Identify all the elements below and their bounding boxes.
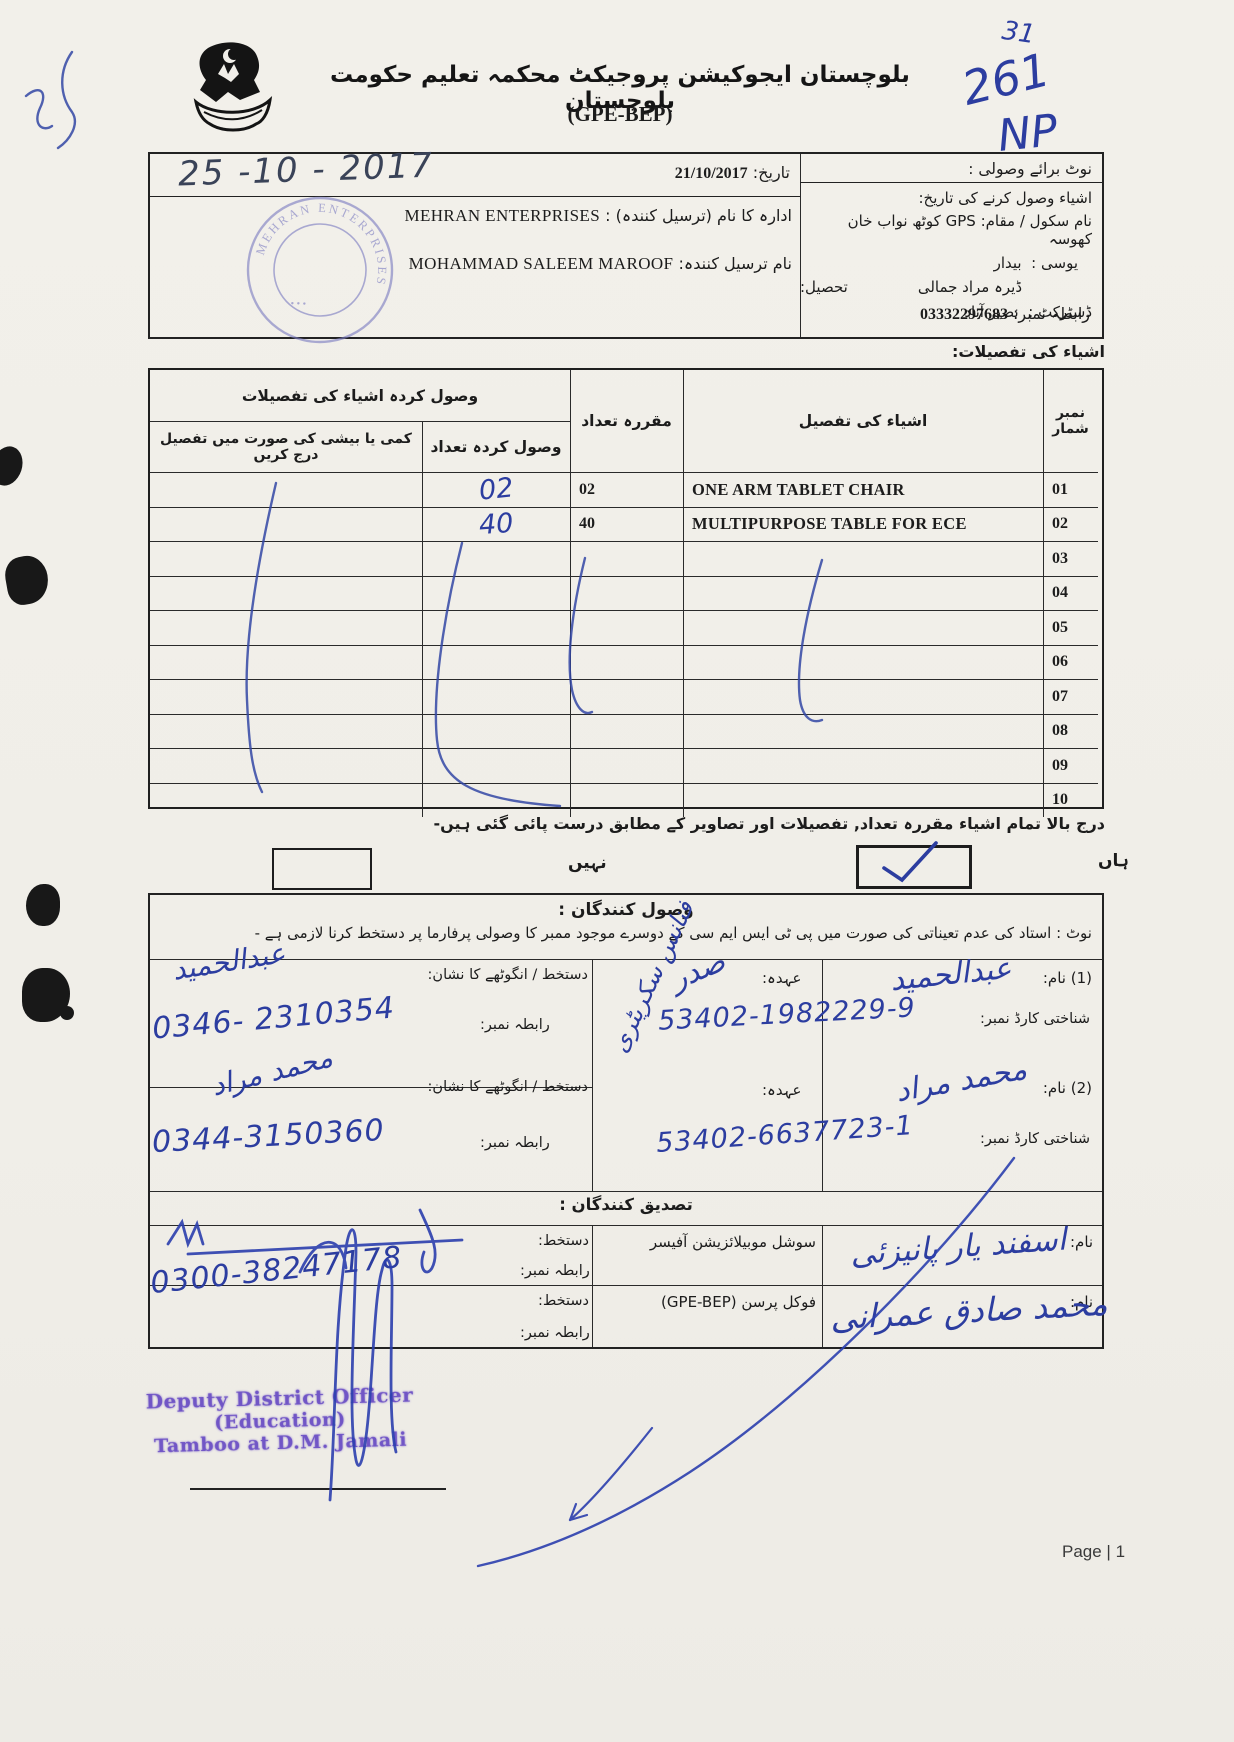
received-qty-handwritten: 02 [478,473,515,507]
margin-scribble [26,90,52,128]
receiver2-signature: محمد مراد [208,1041,336,1103]
items-table-header: وصول کردہ اشیاء کی تفصیلات کمی یا بیشی ک… [150,370,1098,472]
receiver2-contact-handwritten: 0344-3150360 [151,1113,385,1160]
verifier2-contact-label: رابطہ نمبر: [520,1325,590,1341]
receiver2-cnic-handwritten: 53402-6637723-1 [655,1110,914,1159]
scan-artifact-blob [0,442,27,489]
receivers-box: وصول کنندگان : نوٹ : استاد کی عدم تعینات… [148,893,1104,1349]
school-line: نام سکول / مقام: GPS کوٹھ نواب خان کھوسہ [800,207,1102,248]
verifier2-name-handwritten: محمد صادق عمرانی [829,1284,1108,1337]
svg-text:• • •: • • • [290,298,306,310]
table-row: 02 02 ONE ARM TABLET CHAIR 01 [150,472,1098,507]
no-label: نہیں [568,852,607,873]
verifier1-designation: سوشل موبیلائزیشن آفیسر [630,1233,816,1251]
confirmation-line: درج بالا تمام اشیاء مقررہ تعداد, تفصیلات… [400,814,1105,833]
yes-label: ہاں [1098,850,1129,871]
balochistan-education-logo [178,40,288,142]
table-row: 08 [150,714,1098,749]
group-header: وصول کردہ اشیاء کی تفصیلات [150,370,570,422]
verifier1-name-label: نام: [1070,1233,1093,1251]
verifiers-heading: تصدیق کنندگان : [150,1195,1102,1214]
receivers-note: نوٹ : استاد کی عدم تعیناتی کی صورت میں پ… [150,920,1102,942]
document-subtitle: (GPE-BEP) [300,102,940,127]
office-stamp: Deputy District Officer (Education) Tamb… [119,1382,441,1458]
col-header-received: وصول کردہ تعداد [422,421,570,472]
no-checkbox [272,848,372,890]
receiver1-cnic-handwritten: 53402-1982229-9 [657,992,916,1036]
date-row: 25 -10 - 2017 تاریخ: 21/10/2017 [150,154,800,197]
district-line: ڈسٹرکٹ : نصیر آباد [800,296,1102,321]
verifier2-designation: فوکل پرسن (GPE-BEP) [646,1293,816,1311]
col-header-detail: اشیاء کی تفصیل [683,370,1043,472]
scan-artifact-blob [26,884,60,926]
handwritten-margin-mark: 261 [957,42,1055,116]
col-header-serial: نمبر شمار [1043,370,1098,472]
yes-checkbox [856,845,972,889]
pen-stroke-arrow [570,1428,652,1520]
table-row: 03 [150,541,1098,576]
verifier1-sign-label: دستخط: [538,1233,589,1249]
table-row: 06 [150,645,1098,680]
receiver2-contact-label: رابطہ نمبر: [480,1135,550,1151]
receipt-note-label: نوٹ برائے وصولی : [800,154,1102,183]
supplier-round-stamp: MEHRAN ENTERPRISES • • • [223,173,417,367]
receiver2-role-label: عہدہ: [762,1081,801,1099]
items-section-heading: اشیاء کی تفصیلات: [700,342,1105,361]
signature-line [190,1488,446,1490]
svg-text:MEHRAN ENTERPRISES: MEHRAN ENTERPRISES [252,186,404,288]
verifier1-contact-handwritten: 0300-38247178 [149,1240,404,1301]
receiver1-signature: عبدالحمید [170,936,287,986]
receivers-heading: وصول کنندگان : [150,895,1102,920]
top-info-table: 25 -10 - 2017 تاریخ: 21/10/2017 ادارہ کا… [148,152,1104,339]
received-qty-handwritten: 40 [478,508,514,541]
scanned-document-page: بلوچستان ایجوکیشن پروجیکٹ محکمہ تعلیم حک… [0,0,1234,1742]
page-number: Page | 1 [1062,1542,1125,1562]
uc-line: یوسی : بیدار [800,248,1102,272]
receiver1-role-label: عہدہ: [762,969,801,987]
receiver1-contact-handwritten: 0346- 2310354 [151,990,396,1046]
items-table-body: 02 02 ONE ARM TABLET CHAIR 01 40 40 MULT… [150,472,1098,817]
tehsil-line: تحصیل: ڈیرہ مراد جمالی [800,272,1102,296]
receive-date-label: اشیاء وصول کرنے کی تاریخ: [800,183,1102,207]
pen-stroke-arrowhead [570,1504,587,1520]
receiver1-sign-label: دستخط / انگوٹھے کا نشان: [350,967,588,983]
scan-artifact-blob [2,553,52,608]
table-row: 40 40 MULTIPURPOSE TABLE FOR ECE 02 [150,507,1098,542]
receiver1-name-handwritten: عبدالحمید [889,951,1014,999]
receiver1-cnic-label: شناختی کارڈ نمبر: [980,1011,1090,1027]
date-printed-line: تاریخ: 21/10/2017 [675,163,790,183]
receiver1-contact-label: رابطہ نمبر: [480,1017,550,1033]
table-row: 04 [150,576,1098,611]
table-row: 09 [150,748,1098,783]
receiver2-name-handwritten: محمد مراد [893,1052,1029,1109]
col-header-shortage: کمی یا بیشی کی صورت میں تفصیل درج کریں [150,421,422,472]
verifier2-sign-label: دستخط: [538,1293,589,1309]
col-header-fixed: مقررہ تعداد [570,370,683,472]
receipt-note-cell: نوٹ برائے وصولی : اشیاء وصول کرنے کی تار… [800,154,1102,337]
receiver2-cnic-label: شناختی کارڈ نمبر: [980,1131,1090,1147]
scan-artifact-blob [60,1006,74,1020]
table-row: 05 [150,610,1098,645]
table-row: 10 [150,783,1098,818]
verifier1-contact-label: رابطہ نمبر: [520,1263,590,1279]
table-row: 07 [150,679,1098,714]
round-stamp-text: MEHRAN ENTERPRISES [252,186,404,288]
margin-scribble [58,52,75,148]
receiver2-sign-label: دستخط / انگوٹھے کا نشان: [350,1079,588,1095]
verifier1-name-handwritten: اسفند یار پانیزئی [849,1222,1067,1273]
items-table: وصول کردہ اشیاء کی تفصیلات کمی یا بیشی ک… [148,368,1104,809]
